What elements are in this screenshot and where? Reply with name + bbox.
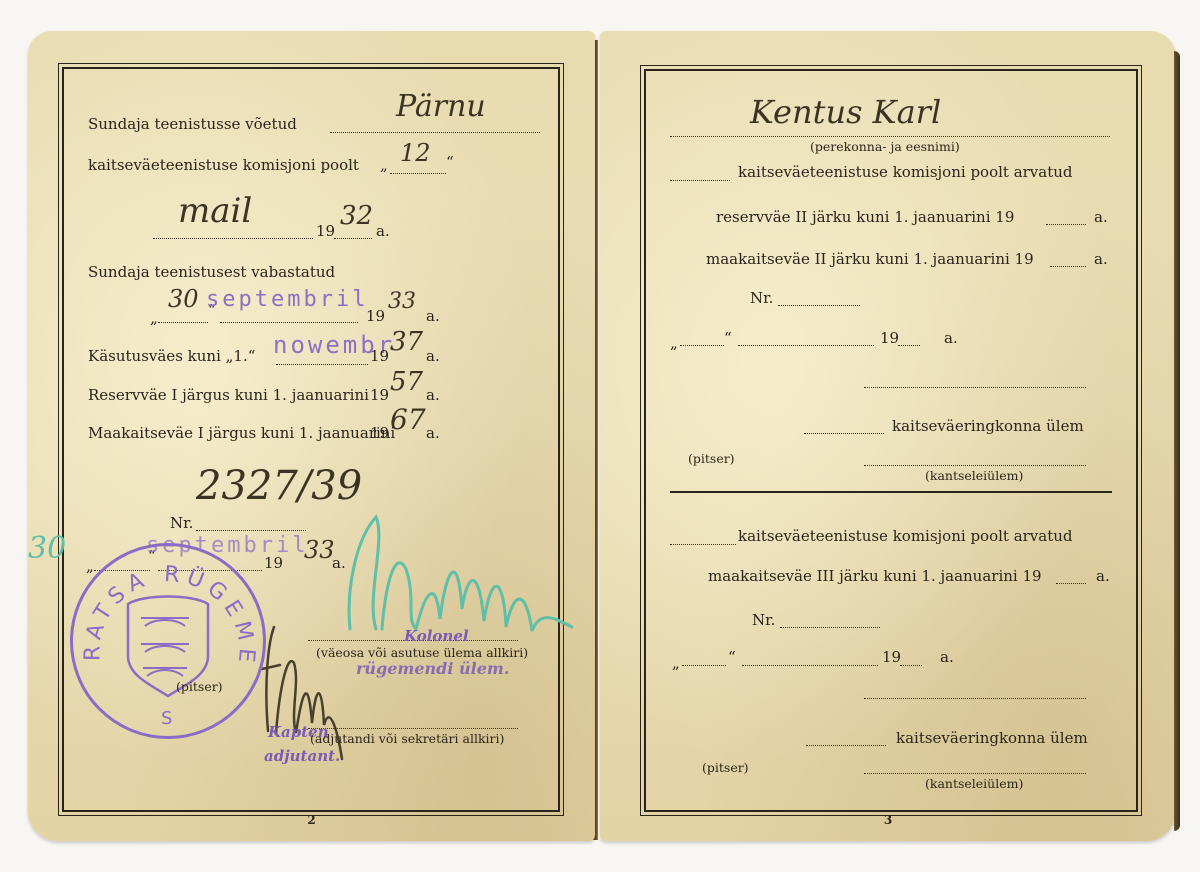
- year-suffix: a.: [426, 386, 440, 404]
- coat-of-arms-icon: RATSA RÜGEMENT S: [73, 546, 263, 736]
- year-prefix: 19: [370, 386, 389, 404]
- handwritten-year: 37: [390, 327, 423, 357]
- dotted-line: [1046, 223, 1086, 225]
- open-quote: „: [380, 156, 388, 174]
- handwritten-day-green: 30: [28, 531, 66, 566]
- handwritten-number: 2327/39: [196, 463, 362, 509]
- district-commander-label: kaitseväeringkonna ülem: [896, 729, 1088, 747]
- section1-territorial: maakaitseväe II järku kuni 1. jaanuarini…: [706, 250, 1034, 268]
- name-caption: (perekonna- ja eesnimi): [810, 139, 960, 154]
- conscripted-label: Sundaja teenistusse võetud: [88, 115, 297, 133]
- year-suffix: a.: [376, 222, 390, 240]
- year-suffix: a.: [1094, 250, 1108, 268]
- district-commander-label: kaitseväeringkonna ülem: [892, 417, 1084, 435]
- year-suffix: a.: [940, 648, 954, 666]
- stamp-adjutant: adjutant.: [264, 747, 340, 765]
- close-quote: “: [728, 648, 736, 666]
- dotted-line: [158, 321, 208, 323]
- handwritten-year: 33: [388, 289, 416, 314]
- released-label: Sundaja teenistusest vabastatud: [88, 263, 335, 281]
- handwritten-day: 30: [168, 285, 199, 313]
- year-prefix: 19: [880, 329, 899, 347]
- adjutant-caption: (adjutandi või sekretäri allkiri): [310, 731, 504, 746]
- signature-line: [864, 386, 1086, 388]
- year-prefix: 19: [370, 424, 389, 442]
- year-field[interactable]: [898, 344, 920, 346]
- year-suffix: a.: [1094, 208, 1108, 226]
- year-prefix: 19: [366, 307, 385, 325]
- close-quote: “: [724, 329, 732, 347]
- svg-text:S: S: [161, 708, 172, 729]
- signature-line: [864, 772, 1086, 774]
- year-prefix: 19: [882, 648, 901, 666]
- seal-caption: (pitser): [688, 451, 735, 466]
- stamped-month: septembril: [206, 287, 368, 312]
- handwritten-year: 57: [390, 367, 423, 397]
- section-divider: [670, 491, 1112, 493]
- left-page: Sundaja teenistusse võetud Pärnu kaitsev…: [28, 31, 595, 841]
- reserve-label: Reservväe I järgus kuni 1. jaanuarini: [88, 386, 369, 404]
- year-suffix: a.: [426, 424, 440, 442]
- close-quote: “: [446, 153, 454, 171]
- handwritten-year: 32: [340, 201, 373, 231]
- section1-reserve: reservväe II järku kuni 1. jaanuarini 19: [716, 208, 1014, 226]
- number-label: Nr.: [752, 611, 775, 629]
- section2-territorial: maakaitseväe III järku kuni 1. jaanuarin…: [708, 567, 1042, 585]
- stamp-regiment-commander: rügemendi ülem.: [356, 659, 509, 678]
- svg-text:RATSA RÜGEMENT: RATSA RÜGEMENT: [73, 546, 259, 669]
- active-duty-label: Käsutusväes kuni „1.“: [88, 347, 255, 365]
- handwritten-day: 12: [400, 139, 431, 167]
- day-field[interactable]: [682, 664, 726, 666]
- number-field[interactable]: [778, 304, 860, 306]
- year-prefix: 19: [264, 554, 283, 572]
- year-suffix: a.: [426, 307, 440, 325]
- dotted-line: [153, 237, 313, 239]
- section2-line1: kaitseväeteenistuse komisjoni poolt arva…: [738, 527, 1073, 545]
- month-field[interactable]: [742, 664, 878, 666]
- dotted-line: [390, 172, 446, 174]
- number-label: Nr.: [170, 514, 193, 532]
- dotted-line: [196, 529, 306, 531]
- year-suffix: a.: [1096, 567, 1110, 585]
- dotted-line: [670, 543, 736, 545]
- territorial-label: Maakaitseväe I järgus kuni 1. jaanuarini: [88, 424, 395, 442]
- open-quote: „: [672, 654, 680, 672]
- dotted-line: [806, 744, 886, 746]
- right-page: Kentus Karl (perekonna- ja eesnimi) kait…: [600, 31, 1176, 841]
- handwritten-place: Pärnu: [396, 89, 486, 124]
- dotted-line: [670, 135, 1110, 137]
- day-field[interactable]: [680, 344, 724, 346]
- year-suffix: a.: [426, 347, 440, 365]
- dotted-line: [1056, 582, 1086, 584]
- chancery-caption: (kantseleiülem): [925, 468, 1023, 483]
- seal-caption: (pitser): [176, 679, 223, 694]
- open-quote: „: [150, 309, 158, 327]
- year-suffix: a.: [944, 329, 958, 347]
- signature-line: [308, 727, 518, 729]
- dotted-line: [334, 237, 372, 239]
- page-number: 3: [600, 813, 1176, 827]
- handwritten-year: 33: [304, 536, 335, 564]
- dotted-line: [1050, 265, 1086, 267]
- regiment-seal: RATSA RÜGEMENT S: [70, 543, 266, 739]
- page-number: 2: [28, 813, 595, 827]
- year-field[interactable]: [900, 664, 922, 666]
- chancery-caption: (kantseleiülem): [925, 776, 1023, 791]
- year-prefix: 19: [370, 347, 389, 365]
- number-field[interactable]: [780, 626, 880, 628]
- dotted-line: [276, 363, 368, 365]
- dotted-line: [330, 131, 540, 133]
- stamp-rank-colonel: Kolonel: [404, 627, 469, 645]
- month-field[interactable]: [738, 344, 874, 346]
- signature-line: [864, 464, 1086, 466]
- open-quote: „: [670, 334, 678, 352]
- signature-line: [864, 697, 1086, 699]
- handwritten-year: 67: [390, 403, 426, 436]
- dotted-line: [670, 179, 730, 181]
- number-label: Nr.: [750, 289, 773, 307]
- year-prefix: 19: [316, 222, 335, 240]
- commission-label: kaitseväeteenistuse komisjoni poolt: [88, 156, 359, 174]
- handwritten-month: mail: [178, 191, 252, 231]
- dotted-line: [220, 321, 358, 323]
- dotted-line: [804, 432, 884, 434]
- handwritten-name: Kentus Karl: [750, 93, 941, 131]
- seal-caption: (pitser): [702, 760, 749, 775]
- section1-line1: kaitseväeteenistuse komisjoni poolt arva…: [738, 163, 1073, 181]
